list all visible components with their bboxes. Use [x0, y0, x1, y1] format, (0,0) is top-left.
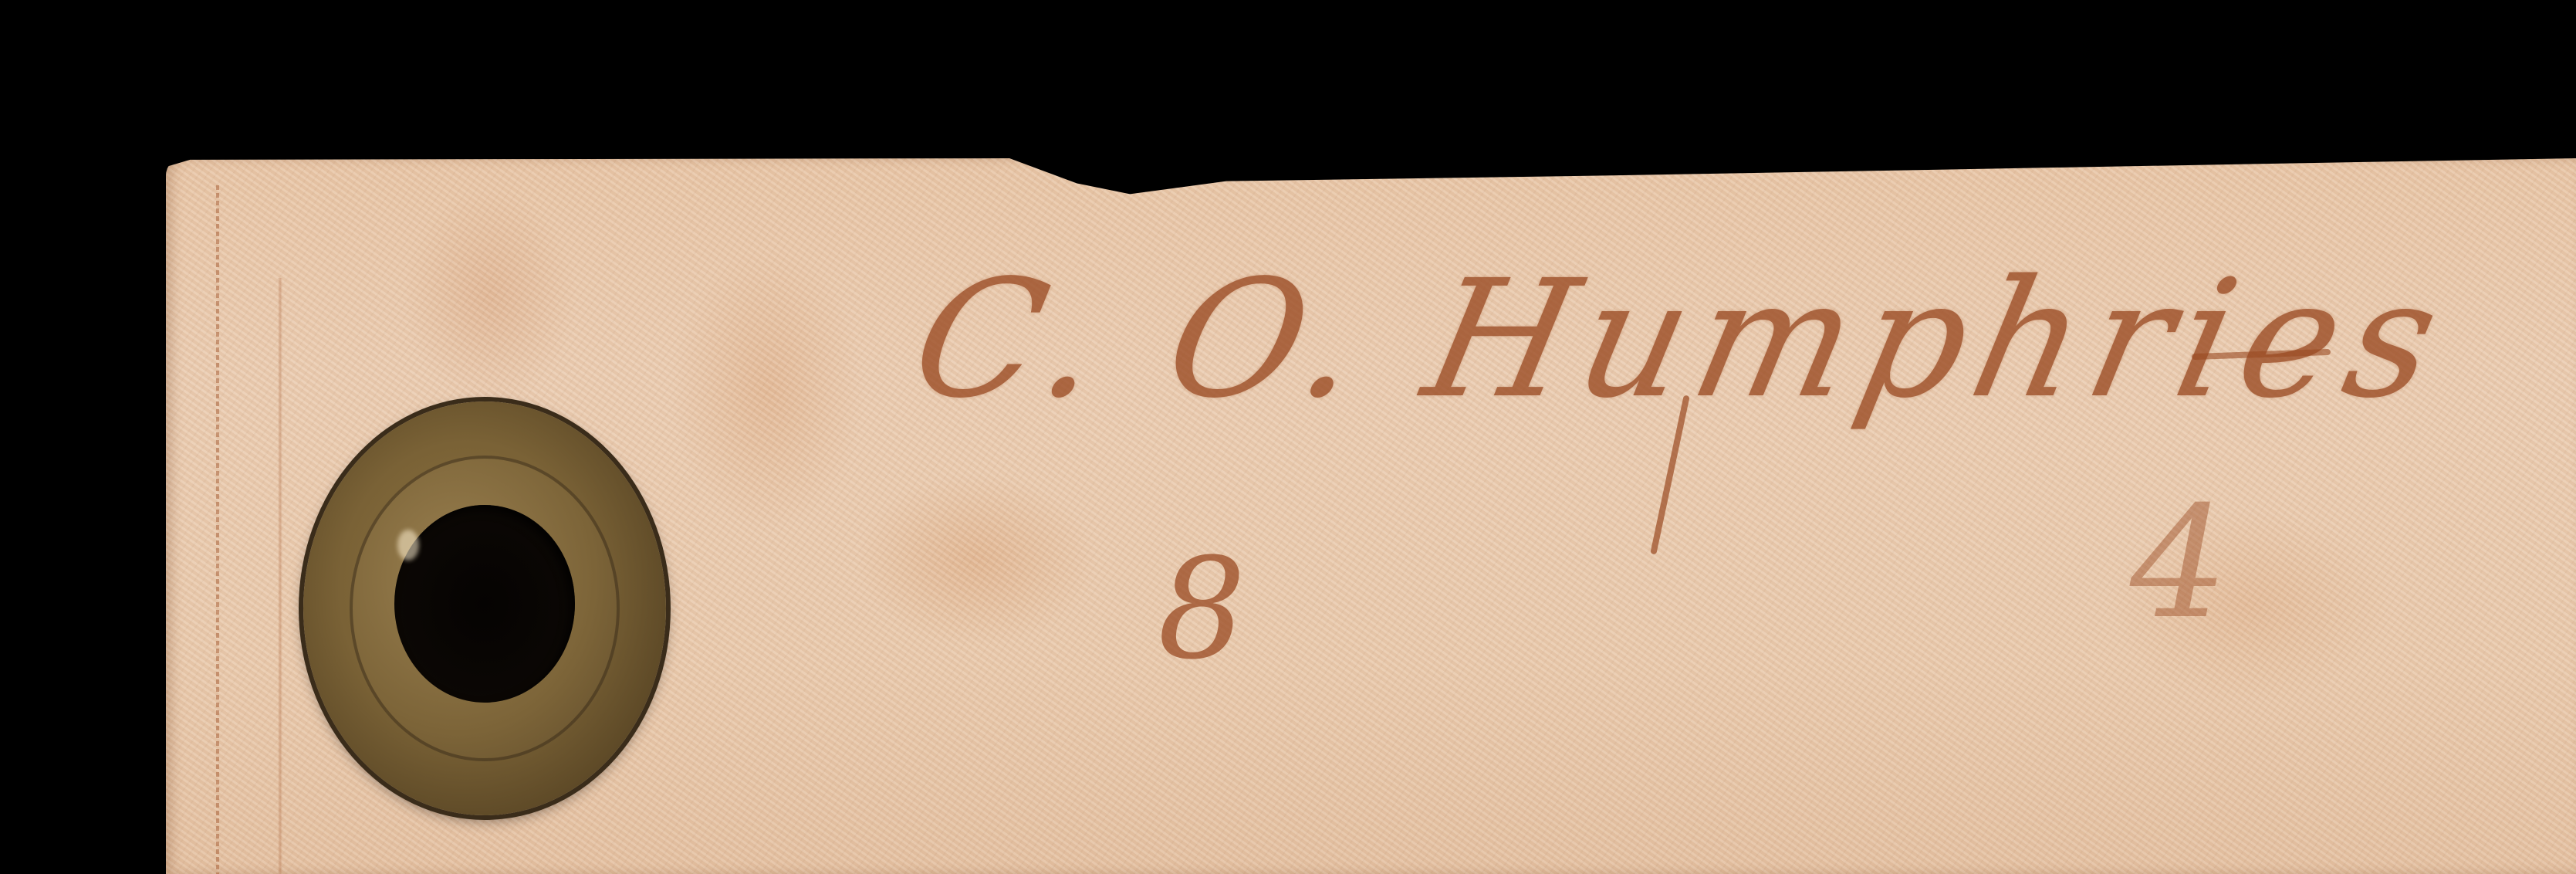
grommet-hole	[394, 505, 575, 703]
ink-inscription-name: C. O. Humphries	[901, 255, 2403, 425]
ink-numeral-right: 4	[2130, 479, 2228, 649]
hem-stitch-line	[216, 185, 219, 874]
brass-grommet-icon	[303, 401, 666, 815]
hem-fold-line	[278, 278, 282, 874]
ink-numeral-below: 8	[1158, 533, 1246, 687]
grommet-glint	[397, 530, 419, 561]
